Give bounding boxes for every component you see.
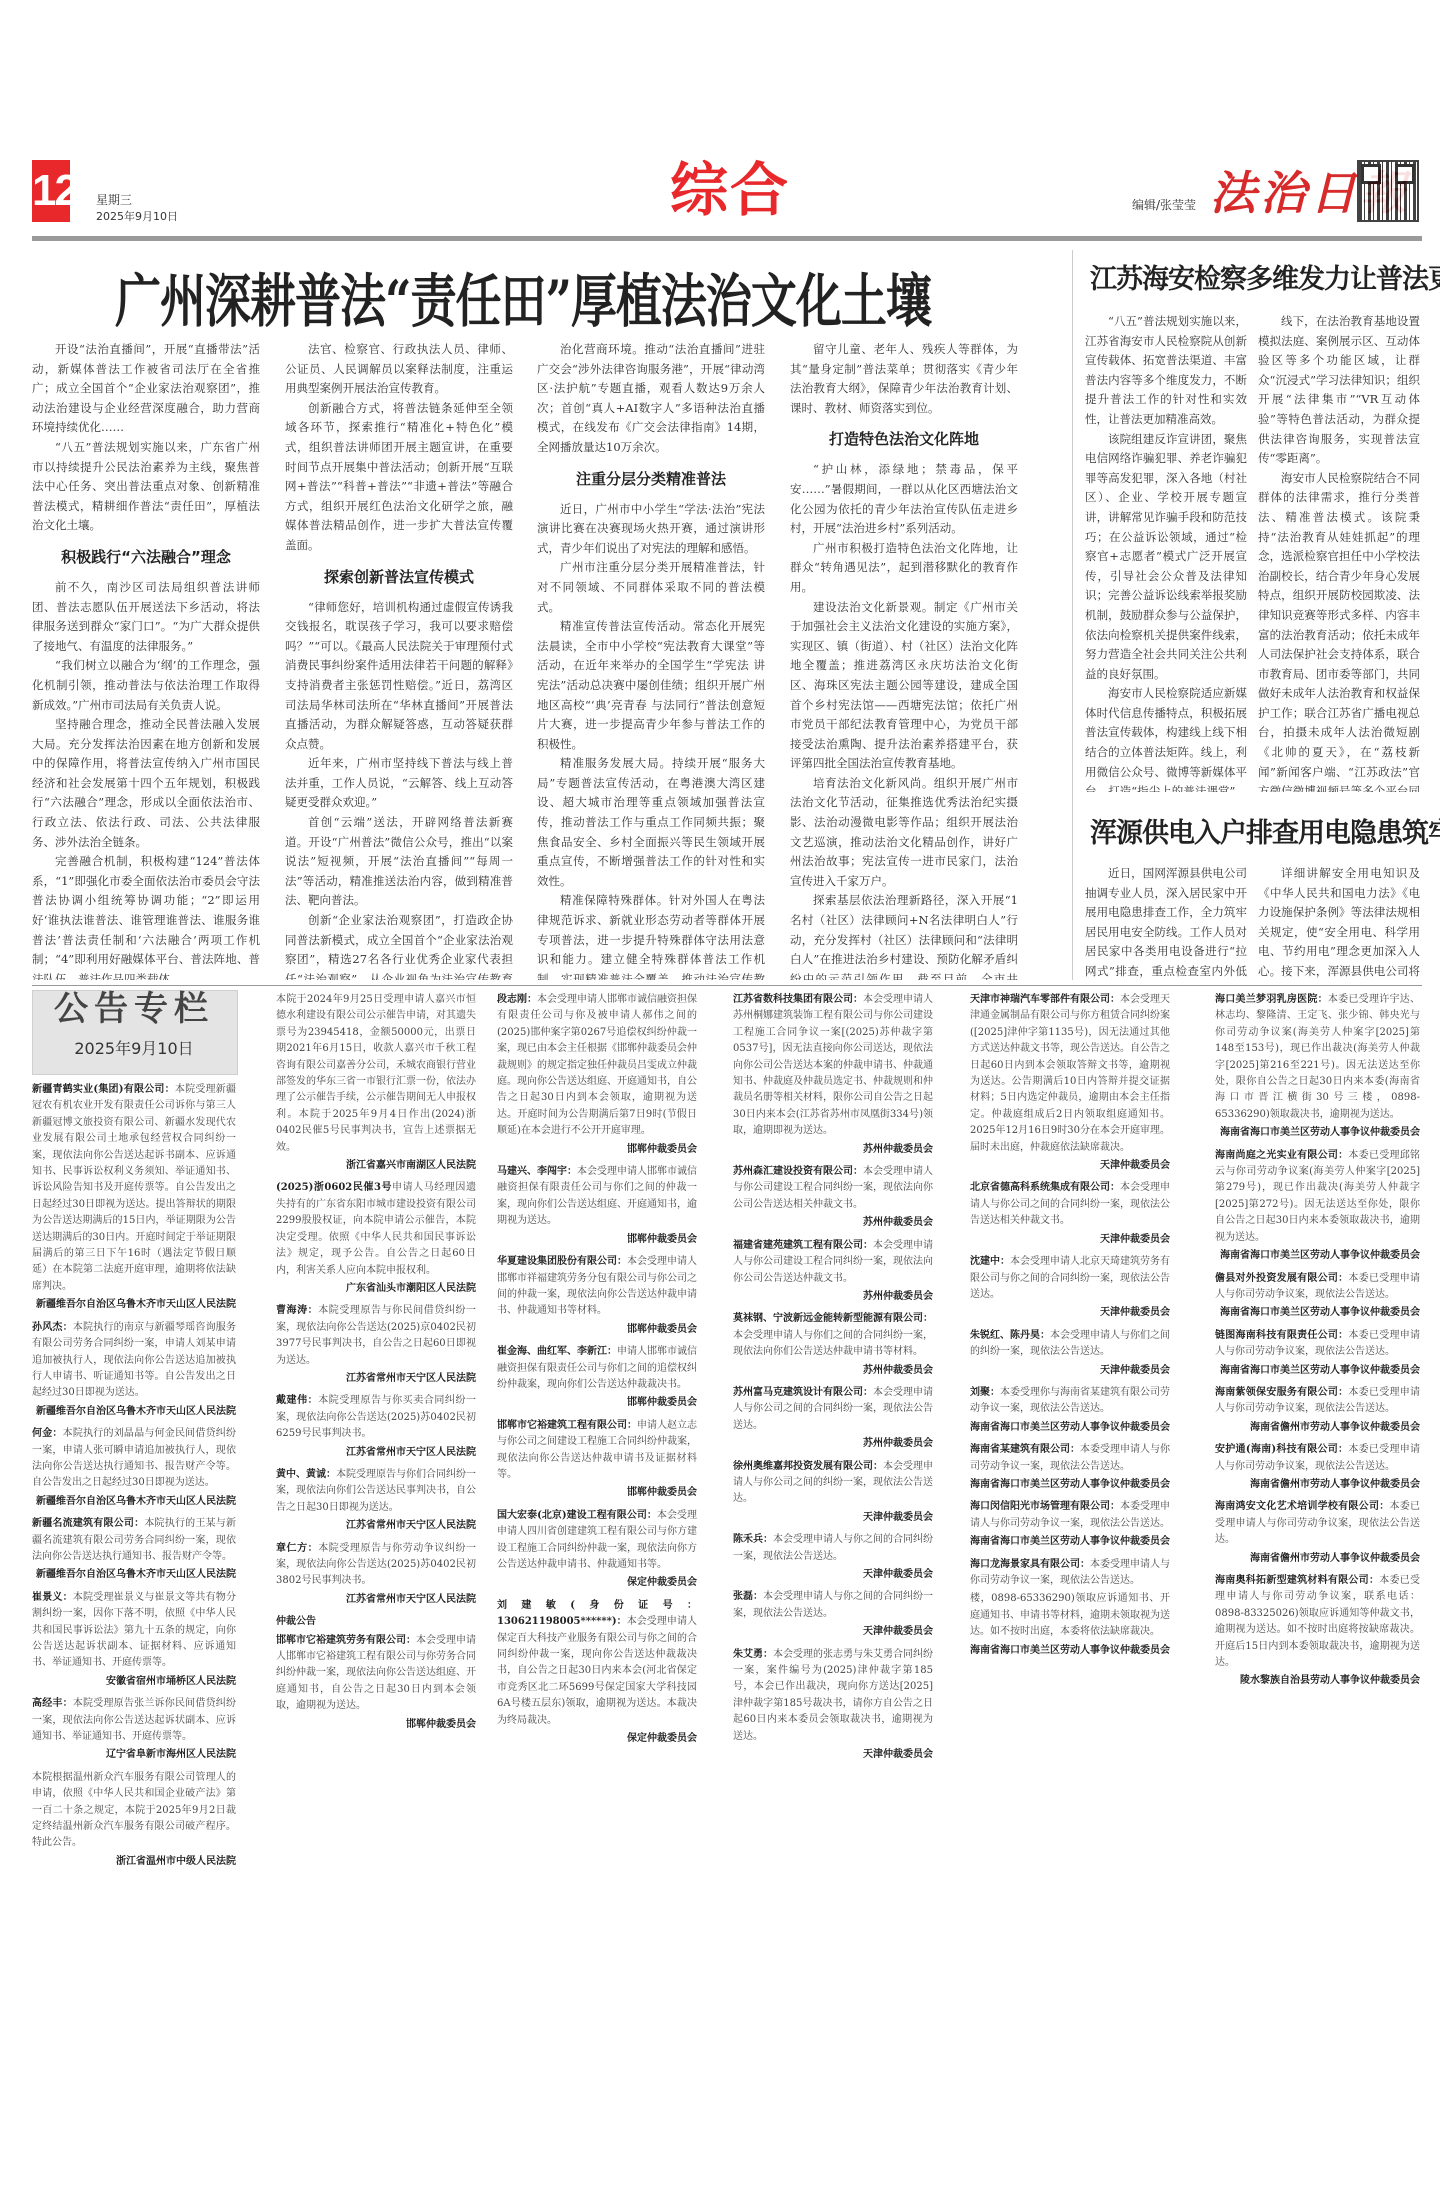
notice-item: 戴建伟：本院受理原告与你买卖合同纠纷一案，现依法向你公告送达(2025)苏040… [276, 1393, 476, 1442]
notice-party: 崔金海、曲红军、李新江： [497, 1346, 617, 1357]
notice-signer: 天津仲裁委员会 [733, 1624, 933, 1640]
notice-item: 曹海涛：本院受理原告与你民间借贷纠纷一案，现依法向你公告送达(2025)京040… [276, 1303, 476, 1369]
notice-text: 楼，0898-65336290)领取应诉通知书、开庭通知书、申请书等材料，逾期未… [970, 1593, 1170, 1637]
notice-signer: 苏州仲裁委员会 [733, 1215, 933, 1231]
paragraph: “律师您好，培训机构通过虚假宣传诱我交钱报名，耽误孩子学习，我可以要求赔偿吗？”… [285, 598, 513, 755]
subheading: 注重分层分类精准普法 [537, 464, 765, 494]
notice-column-title: 公告专栏 [32, 985, 236, 1033]
lead-column-1: 开设“法治直播间”，开展“直播带法”活动，新媒体普法工作被省司法厅在全省推广；成… [32, 340, 260, 980]
notice-party: 马建兴、李闯宇： [497, 1166, 577, 1177]
paragraph: 建设法治文化新景观。制定《广州市关于加强社会主义法治文化建设的实施方案》，实现区… [790, 598, 1018, 774]
notice-text: 本会受理申请人邯郸市它裕建筑工程有限公司与你劳务合同纠纷仲裁一案，现依法向你公告… [276, 1635, 476, 1712]
notice-item: 刘聚：本委受理你与海南省某建筑有限公司劳动争议一案，现依法公告送达。 [970, 1385, 1170, 1418]
notice-item: 海南省某建筑有限公司：本委受理申请人与你司劳动争议一案，现依法公告送达。 [970, 1442, 1170, 1475]
qr-code-icon[interactable] [1357, 160, 1419, 222]
notice-item: 邯郸市它裕建筑工程有限公司：申请人赵立志与你公司之间建设工程施工合同纠纷仲裁案，… [497, 1418, 697, 1484]
notice-party: 孙风杰： [32, 1322, 73, 1333]
notice-item: 海南鸿安文化艺术培训学校有限公司：本委已受理申请人与你司劳动争议案，现依法公告送… [1215, 1499, 1420, 1548]
notice-party: 海口龙海景家具有限公司： [970, 1559, 1090, 1570]
notice-party: 海南奥科拓新型建筑材料有限公司： [1215, 1575, 1379, 1586]
notice-party: 海南省某建筑有限公司： [970, 1444, 1080, 1455]
notice-text: 本会受理申请人苏州桐娜建筑装饰工程有限公司与你公司建设工程施工合同争议一案[(2… [733, 994, 933, 1136]
paragraph: 留守儿童、老年人、残疾人等群体，为其“量身定制”普法菜单；贯彻落实《青少年法治教… [790, 340, 1018, 418]
lead-headline: 广州深耕普法“责任田”厚植法治文化土壤 [115, 262, 931, 340]
notice-item: 海口龙海景家具有限公司：本委受理申请人与你司劳动争议一案，现依法公告送达。 [970, 1557, 1170, 1590]
notice-signer: 海南省海口市美兰区劳动人事争议仲裁委员会 [970, 1477, 1170, 1493]
notice-party: 福建省建苑建筑工程有限公司： [733, 1240, 873, 1251]
paragraph: 首创“云端”送法，开辟网络普法新赛道。开设“广州普法”微信公众号，推出“以案说法… [285, 813, 513, 911]
notice-item: 莫袜钢、宁波新远金能转新型能源有限公司：本会受理申请人与你们之间的合同纠纷一案，… [733, 1311, 933, 1360]
notice-text: 本委已受理邱铭云与你司劳动争议案(海美劳人仲案字[2025]第279号)，现已作… [1215, 1150, 1420, 1243]
notice-item: 江苏省数科技集团有限公司：本会受理申请人苏州桐娜建筑装饰工程有限公司与你公司建设… [733, 992, 933, 1140]
notice-signer: 邯郸仲裁委员会 [497, 1485, 697, 1501]
issue-date: 2025年9月10日 [96, 210, 178, 224]
paragraph: 开设“法治直播间”，开展“直播带法”活动，新媒体普法工作被省司法厅在全省推广；成… [32, 340, 260, 438]
notice-text: 本委受理你与海南省某建筑有限公司劳动争议一案，现依法公告送达。 [970, 1387, 1170, 1414]
side2-column-2: 详细讲解安全用电知识及《中华人民共和国电力法》《电力设施保护条例》等法律法规相关… [1258, 864, 1420, 984]
notice-signer: 江苏省常州市天宁区人民法院 [276, 1592, 476, 1608]
paragraph: 治化营商环境。推动“法治直播间”进驻广交会“涉外法律咨询服务港”，开展“律动湾区… [537, 340, 765, 458]
notice-item: (2025)浙0602民催3号申请人马经理因遗失持有的广东省东阳市城市建设投资有… [276, 1180, 476, 1278]
notice-signer: 海南省海口市美兰区劳动人事争议仲裁委员会 [970, 1534, 1170, 1550]
paragraph: 培育法治文化新风尚。组织开展广州市法治文化节活动，征集推选优秀法治纪实摄影、法治… [790, 774, 1018, 892]
notice-signer: 海南省儋州市劳动人事争议仲裁委员会 [1215, 1477, 1420, 1493]
notice-party: 华夏建设集团股份有限公司： [497, 1256, 627, 1267]
notice-item: 邯郸市它裕建筑劳务有限公司：本会受理申请人邯郸市它裕建筑工程有限公司与你劳务合同… [276, 1633, 476, 1715]
notice-party: 儋县对外投资发展有限公司： [1215, 1273, 1348, 1284]
notice-party: 高经丰： [32, 1698, 73, 1709]
section-title: 综合 [670, 158, 790, 222]
notice-signer: 江苏省常州市天宁区人民法院 [276, 1518, 476, 1534]
notice-party: 邯郸市它裕建筑劳务有限公司： [276, 1635, 416, 1646]
side1-column-1: “八五”普法规划实施以来，江苏省海安市人民检察院从创新宣传载体、拓宽普法渠道、丰… [1085, 312, 1247, 792]
notice-item: 马建兴、李闯宇：本会受理申请人邯郸市诚信融资担保有限责任公司与你们之间的仲裁一案… [497, 1164, 697, 1230]
column-divider [1072, 250, 1073, 980]
notice-text: 本院受理崔景义与崔景文等共有物分割纠纷一案，因你下落不明，依照《中华人民共和国民… [32, 1592, 236, 1669]
notice-party: 陈禾兵： [733, 1534, 773, 1545]
notice-signer: 新疆维吾尔自治区乌鲁木齐市天山区人民法院 [32, 1494, 236, 1510]
paragraph: “八五”普法规划实施以来，广东省广州市以持续提升公民法治素养为主线，聚焦普法中心… [32, 438, 260, 536]
notice-signer: 邯郸仲裁委员会 [497, 1395, 697, 1411]
notice-party: 崔景义： [32, 1592, 73, 1603]
paragraph: 创新“企业家法治观察团”，打造政企协同普法新模式，成立全国首个“企业家法治观察团… [285, 911, 513, 980]
notice-item: 链图海南科技有限责任公司：本委已受理申请人与你司劳动争议案，现依法公告送达。 [1215, 1328, 1420, 1361]
notice-party: 仲裁公告 [276, 1616, 316, 1627]
notice-signer: 天津仲裁委员会 [733, 1747, 933, 1763]
notice-item: 高经丰：本院受理原告张兰诉你民间借贷纠纷一案，现依法向你公告送达起诉状副本、应诉… [32, 1696, 236, 1745]
side1-column-2: 线下，在法治教育基地设置模拟法庭、案例展示区、互动体验区等多个功能区域，让群众“… [1258, 312, 1420, 792]
notice-text: 本院执行的南京与新疆琴瑶咨询服务有限公司劳务合同纠纷一案，申请人刘某申请追加被执… [32, 1322, 236, 1399]
notice-signer: 海南省海口市美兰区劳动人事争议仲裁委员会 [1215, 1363, 1420, 1379]
notice-item: 海南尚庭之光实业有限公司：本委已受理邱铭云与你司劳动争议案(海美劳人仲案字[20… [1215, 1148, 1420, 1246]
notice-item: 沈建中：本会受理申请人北京天琦建筑劳务有限公司与你之间的合同纠纷一案，现依法公告… [970, 1254, 1170, 1303]
paragraph: “八五”普法规划实施以来，江苏省海安市人民检察院从创新宣传载体、拓宽普法渠道、丰… [1085, 312, 1247, 430]
notice-party: 安护通(海南)科技有限公司： [1215, 1444, 1348, 1455]
notice-party: 苏州森汇建设投资有限公司： [733, 1166, 863, 1177]
subheading: 积极践行“六法融合”理念 [32, 542, 260, 572]
paragraph: 精准服务发展大局。持续开展“服务大局”专题普法宣传活动，在粤港澳大湾区建设、超大… [537, 754, 765, 891]
subheading: 探索创新普法宣传模式 [285, 562, 513, 592]
subheading: 打造特色法治文化阵地 [790, 424, 1018, 454]
notice-item: 段志刚：本会受理申请人邯郸市诚信融资担保有限责任公司与你及被申请人郝伟之间的(2… [497, 992, 697, 1140]
notice-text: 本院根据温州新众汽车服务有限公司管理人的申请，依照《中华人民共和国企业破产法》第… [32, 1772, 236, 1849]
paragraph: 完善融合机制，积极构建“124”普法体系，“1”即强化市委全面依法治市委员会守法… [32, 852, 260, 980]
notice-signer: 陵水黎族自治县劳动人事争议仲裁委员会 [1215, 1673, 1420, 1689]
paragraph: 前不久，南沙区司法局组织普法讲师团、普法志愿队伍开展送法下乡活动，将法律服务送到… [32, 578, 260, 656]
notice-signer: 苏州仲裁委员会 [733, 1289, 933, 1305]
notice-text: 本会受理申请人与你们之间的合同纠纷一案，现依法向你们公告送达仲裁申请书等材料。 [733, 1330, 933, 1357]
paragraph: 近年来，广州市坚持线下普法与线上普法并重，工作人员说，“云解答、线上互动答疑更受… [285, 754, 513, 813]
notice-item: 天津市神瑞汽车零部件有限公司：本会受理天津通金属制品有限公司与你方租赁合同纠纷案… [970, 992, 1170, 1156]
notice-signer: 浙江省温州市中级人民法院 [32, 1854, 236, 1870]
notice-signer: 海南省儋州市劳动人事争议仲裁委员会 [1215, 1420, 1420, 1436]
notice-signer: 天津仲裁委员会 [970, 1158, 1170, 1174]
notice-party: 张磊： [733, 1591, 763, 1602]
paragraph: 广州市积极打造特色法治文化阵地，让群众“转角遇见法”，起到潜移默化的教育作用。 [790, 539, 1018, 598]
notice-party: 徐州奥维嘉邦投资发展有限公司： [733, 1461, 883, 1472]
notice-item: 孙风杰：本院执行的南京与新疆琴瑶咨询服务有限公司劳务合同纠纷一案，申请人刘某申请… [32, 1320, 236, 1402]
notice-party: (2025)浙0602民催3号 [276, 1182, 392, 1193]
notice-signer: 海南省儋州市劳动人事争议仲裁委员会 [1215, 1551, 1420, 1567]
paragraph: 创新融合方式，将普法链条延伸至全领域各环节，探索推行“精准化+特色化”模式，组织… [285, 399, 513, 556]
notice-signer: 天津仲裁委员会 [970, 1363, 1170, 1379]
paragraph: 广州市注重分层分类开展精准普法，针对不同领域、不同群体采取不同的普法模式。 [537, 558, 765, 617]
notice-signer: 邯郸仲裁委员会 [497, 1322, 697, 1338]
notice-item: 黄中、黄诚：本院受理原告与你们合同纠纷一案，现依法向你们公告送达民事判决书，自公… [276, 1467, 476, 1516]
weekday: 星期三 [96, 193, 132, 207]
paragraph: 法官、检察官、行政执法人员、律师、公证员、人民调解员以案释法制度，注重运用典型案… [285, 340, 513, 399]
paragraph: 详细讲解安全用电知识及《中华人民共和国电力法》《电力设施保护条例》等法律法规相关… [1258, 864, 1420, 984]
notice-column-3: 段志刚：本会受理申请人邯郸市诚信融资担保有限责任公司与你及被申请人郝伟之间的(2… [497, 992, 697, 2092]
notice-text: 申请人马经理因遗失持有的广东省东阳市城市建设投资有限公司2299股股权证，向本院… [276, 1182, 476, 1275]
notice-party: 海南紫领保安服务有限公司： [1215, 1387, 1348, 1398]
lead-column-4: 留守儿童、老年人、残疾人等群体，为其“量身定制”普法菜单；贯彻落实《青少年法治教… [790, 340, 1018, 980]
notice-text: 本院受理新疆冠农有机农业开发有限责任公司诉你与第三人新疆冠博文旅投资有限公司、新… [32, 1084, 236, 1292]
notice-item: 国大宏泰(北京)建设工程有限公司：本会受理申请人四川省创建建筑工程有限公司与你方… [497, 1508, 697, 1574]
notice-party: 章仁方： [276, 1543, 318, 1554]
notice-party: 莫袜钢、宁波新远金能转新型能源有限公司： [733, 1313, 933, 1324]
notice-text: 本委已受理申请人与你司劳动争议案，联系电话：0898-83325026)领取应诉… [1215, 1575, 1420, 1668]
notice-signer: 苏州仲裁委员会 [733, 1436, 933, 1452]
notice-party: 国大宏泰(北京)建设工程有限公司： [497, 1510, 657, 1521]
notice-party: 新疆青鹤实业(集团)有限公司： [32, 1084, 175, 1095]
notice-item: 苏州富马克建筑设计有限公司：本会受理申请人与你公司之间的合同纠纷一案，现依法公告… [733, 1385, 933, 1434]
notice-signer: 海南省海口市美兰区劳动人事争议仲裁委员会 [970, 1420, 1170, 1436]
notice-text: 本会受理的张志勇与朱艾勇合同纠纷一案，案件编号为(2025)津仲裁字第185号，… [733, 1649, 933, 1742]
paragraph: 坚持融合理念，推动全民普法融入发展大局。充分发挥法治因素在地方创新和发展中的保障… [32, 715, 260, 852]
paragraph: “我们树立以融合为‘纲’的工作理念，强化机制引领，推动普法与依法治理工作取得新成… [32, 656, 260, 715]
notice-item: 儋县对外投资发展有限公司：本委已受理申请人与你司劳动争议案，现依法公告送达。 [1215, 1271, 1420, 1304]
notice-party: 黄中、黄诚： [276, 1469, 336, 1480]
lead-column-3: 治化营商环境。推动“法治直播间”进驻广交会“涉外法律咨询服务港”，开展“律动湾区… [537, 340, 765, 980]
notice-column-date: 2025年9月10日 [32, 1036, 236, 1062]
notice-item: 新疆青鹤实业(集团)有限公司：本院受理新疆冠农有机农业开发有限责任公司诉你与第三… [32, 1082, 236, 1295]
notice-item: 朱锐红、陈丹昊：本会受理申请人与你们之间的纠纷一案，现依法公告送达。 [970, 1328, 1170, 1361]
notice-item: 海口美兰梦羽乳房医院：本委已受理许宇达、林志均、黎隆清、王定飞、张少锦、韩央光与… [1215, 992, 1420, 1123]
notice-signer: 江苏省常州市天宁区人民法院 [276, 1445, 476, 1461]
notice-signer: 保定仲裁委员会 [497, 1575, 697, 1591]
paragraph: 探索基层依法治理新路径，深入开展“1名村（社区）法律顾问+N名法律明白人”行动，… [790, 891, 1018, 980]
notice-item: 北京省德高科系统集成有限公司：本会受理申请人与你公司之间的合同纠纷一案，现依法公… [970, 1180, 1170, 1229]
notice-party: 沈建中： [970, 1256, 1010, 1267]
notice-item: 仲裁公告 [276, 1614, 476, 1630]
notice-item: 徐州奥维嘉邦投资发展有限公司：本会受理申请人与你公司之间的纠纷一案，现依法公告送… [733, 1459, 933, 1508]
notice-item: 福建省建苑建筑工程有限公司：本会受理申请人与你公司建设工程合同纠纷一案，现依法向… [733, 1238, 933, 1287]
notice-party: 朱锐红、陈丹昊： [970, 1330, 1050, 1341]
notice-party: 曹海涛： [276, 1305, 318, 1316]
notice-signer: 邯郸仲裁委员会 [276, 1717, 476, 1733]
notice-signer: 海南省海口市美兰区劳动人事争议仲裁委员会 [1215, 1125, 1420, 1141]
paragraph: 精准宣传普法宣传活动。常态化开展宪法晨读，全市中小学校“宪法教育大课堂”等活动，… [537, 617, 765, 754]
notice-party: 天津市神瑞汽车零部件有限公司： [970, 994, 1120, 1005]
notice-item: 本院根据温州新众汽车服务有限公司管理人的申请，依照《中华人民共和国企业破产法》第… [32, 1770, 236, 1852]
notice-signer: 新疆维吾尔自治区乌鲁木齐市天山区人民法院 [32, 1404, 236, 1420]
side-headline-1: 江苏海安检察多维发力让普法更加精准高效 [1090, 258, 1440, 302]
notice-item: 崔景义：本院受理崔景义与崔景文等共有物分割纠纷一案，因你下落不明，依照《中华人民… [32, 1590, 236, 1672]
notice-party: 海南鸿安文化艺术培训学校有限公司： [1215, 1501, 1389, 1512]
notice-party: 海口美兰梦羽乳房医院： [1215, 994, 1328, 1005]
notice-text: 本会受理申请人与你之间的合同纠纷一案，现依法公告送达。 [733, 1591, 933, 1618]
notice-party: 段志刚： [497, 994, 537, 1005]
notice-signer: 安徽省宿州市埇桥区人民法院 [32, 1674, 236, 1690]
notice-item: 楼，0898-65336290)领取应诉通知书、开庭通知书、申请书等材料，逾期未… [970, 1591, 1170, 1640]
notice-party: 邯郸市它裕建筑工程有限公司： [497, 1420, 637, 1431]
notice-item: 本院于2024年9月25日受理申请人嘉兴市恒德水利建设有限公司公示催告申请，对其… [276, 992, 476, 1156]
section-divider [32, 985, 1422, 986]
notice-party: 海南尚庭之光实业有限公司： [1215, 1150, 1348, 1161]
notice-item: 华夏建设集团股份有限公司：本会受理申请人邯郸市祥福建筑劳务分包有限公司与你公司之… [497, 1254, 697, 1320]
notice-signer: 天津仲裁委员会 [970, 1305, 1170, 1321]
notice-signer: 海南省海口市美兰区劳动人事争议仲裁委员会 [1215, 1248, 1420, 1264]
notice-item: 苏州森汇建设投资有限公司：本会受理申请人与你公司建设工程合同纠纷一案，现依法向你… [733, 1164, 933, 1213]
notice-column-1: 新疆青鹤实业(集团)有限公司：本院受理新疆冠农有机农业开发有限责任公司诉你与第三… [32, 1082, 236, 2092]
notice-signer: 苏州仲裁委员会 [733, 1142, 933, 1158]
side-headline-2: 浑源供电入户排查用电隐患筑牢安全防线 [1090, 812, 1440, 856]
notice-signer: 辽宁省阜新市海州区人民法院 [32, 1747, 236, 1763]
notice-text: 本委已受理许宇达、林志均、黎隆清、王定飞、张少锦、韩央光与你司劳动争议案(海美劳… [1215, 994, 1420, 1120]
notice-party: 新疆名流建筑有限公司： [32, 1518, 144, 1529]
notice-party: 江苏省数科技集团有限公司： [733, 994, 863, 1005]
notice-party: 戴建伟： [276, 1395, 318, 1406]
notice-item: 海口闵信阳光市场管理有限公司：本委受理申请人与你司劳动争议一案，现依法公告送达。 [970, 1499, 1170, 1532]
notice-signer: 新疆维吾尔自治区乌鲁木齐市天山区人民法院 [32, 1567, 236, 1583]
notice-party: 海口闵信阳光市场管理有限公司： [970, 1501, 1120, 1512]
masthead-divider [32, 236, 1422, 241]
notice-signer: 浙江省嘉兴市南湖区人民法院 [276, 1158, 476, 1174]
notice-item: 崔金海、曲红军、李新江：申请人邯郸市诚信融资担保有限责任公司与你们之间的追偿权纠… [497, 1344, 697, 1393]
notice-party: 苏州富马克建筑设计有限公司： [733, 1387, 873, 1398]
notice-text: 本会受理申请人邯郸市诚信融资担保有限责任公司与你及被申请人郝伟之间的(2025)… [497, 994, 697, 1136]
paragraph: 海安市人民检察院适应新媒体时代信息传播特点，积极拓展普法宣传载体，构建线上线下相… [1085, 684, 1247, 792]
notice-item: 安护通(海南)科技有限公司：本委已受理申请人与你司劳动争议案，现依法公告送达。 [1215, 1442, 1420, 1475]
notice-signer: 苏州仲裁委员会 [733, 1363, 933, 1379]
notice-item: 何金：本院执行的刘晶晶与何金民间借贷纠纷一案，申请人张可瞬申请追加被执行人，现依… [32, 1426, 236, 1492]
notice-party: 链图海南科技有限责任公司： [1215, 1330, 1348, 1341]
notice-signer: 天津仲裁委员会 [733, 1567, 933, 1583]
notice-item: 章仁方：本院受理原告与你劳动争议纠纷一案，现依法向你公告送达(2025)苏040… [276, 1541, 476, 1590]
notice-text: 本院执行的刘晶晶与何金民间借贷纠纷一案，申请人张可瞬申请追加被执行人，现依法向你… [32, 1428, 236, 1488]
notice-party: 朱艾勇： [733, 1649, 773, 1660]
notice-column-5: 天津市神瑞汽车零部件有限公司：本会受理天津通金属制品有限公司与你方租赁合同纠纷案… [970, 992, 1170, 2092]
notice-signer: 海南省海口市美兰区劳动人事争议仲裁委员会 [970, 1643, 1170, 1659]
notice-item: 朱艾勇：本会受理的张志勇与朱艾勇合同纠纷一案，案件编号为(2025)津仲裁字第1… [733, 1647, 933, 1745]
paragraph: 近日，广州市中小学生“学法·法治”宪法演讲比赛在决赛现场火热开赛，通过演讲形式，… [537, 500, 765, 559]
notice-item: 新疆名流建筑有限公司：本院执行的王某与新疆名流建筑有限公司劳务合同纠纷一案，现依… [32, 1516, 236, 1565]
notice-item: 张磊：本会受理申请人与你之间的合同纠纷一案，现依法公告送达。 [733, 1589, 933, 1622]
notice-item: 陈禾兵：本会受理申请人与你之间的合同纠纷一案，现依法公告送达。 [733, 1532, 933, 1565]
notice-text: 本院于2024年9月25日受理申请人嘉兴市恒德水利建设有限公司公示催告申请，对其… [276, 994, 476, 1153]
notice-signer: 海南省海口市美兰区劳动人事争议仲裁委员会 [1215, 1305, 1420, 1321]
notice-text: 本会受理申请人保定百大科技产业服务有限公司与你之间的合同纠纷仲裁一案，现向你公告… [497, 1616, 697, 1725]
paragraph: 该院组建反诈宣讲团，聚焦电信网络诈骗犯罪、养老诈骗犯罪等高发犯罪，深入各地（村社… [1085, 430, 1247, 685]
notice-signer: 江苏省常州市天宁区人民法院 [276, 1371, 476, 1387]
notice-signer: 保定仲裁委员会 [497, 1731, 697, 1747]
notice-signer: 天津仲裁委员会 [733, 1510, 933, 1526]
notice-column-6: 海口美兰梦羽乳房医院：本委已受理许宇达、林志均、黎隆清、王定飞、张少锦、韩央光与… [1215, 992, 1420, 2092]
notice-column-4: 江苏省数科技集团有限公司：本会受理申请人苏州桐娜建筑装饰工程有限公司与你公司建设… [733, 992, 933, 2092]
notice-party: 北京省德高科系统集成有限公司： [970, 1182, 1120, 1193]
notice-item: 海南紫领保安服务有限公司：本委已受理申请人与你司劳动争议案，现依法公告送达。 [1215, 1385, 1420, 1418]
paragraph: 线下，在法治教育基地设置模拟法庭、案例展示区、互动体验区等多个功能区域，让群众“… [1258, 312, 1420, 469]
notice-item: 刘建敏(身份证号：130621198005******)：本会受理申请人保定百大… [497, 1598, 697, 1729]
paragraph: 近日，国网浑源县供电公司抽调专业人员，深入居民家中开展用电隐患排查工作，全力筑牢… [1085, 864, 1247, 984]
notice-signer: 邯郸仲裁委员会 [497, 1232, 697, 1248]
notice-signer: 新疆维吾尔自治区乌鲁木齐市天山区人民法院 [32, 1297, 236, 1313]
editor-credit: 编辑/张莹莹 [1132, 198, 1196, 212]
notice-column-2: 本院于2024年9月25日受理申请人嘉兴市恒德水利建设有限公司公示催告申请，对其… [276, 992, 476, 2092]
notice-party: 刘聚： [970, 1387, 1000, 1398]
notice-text: 本会受理天津通金属制品有限公司与你方租赁合同纠纷案([2025]津仲字第1135… [970, 994, 1170, 1153]
side2-column-1: 近日，国网浑源县供电公司抽调专业人员，深入居民家中开展用电隐患排查工作，全力筑牢… [1085, 864, 1247, 984]
notice-party: 何金： [32, 1428, 63, 1439]
notice-signer: 广东省汕头市潮阳区人民法院 [276, 1281, 476, 1297]
notice-signer: 邯郸仲裁委员会 [497, 1142, 697, 1158]
notice-signer: 天津仲裁委员会 [970, 1232, 1170, 1248]
paragraph: 海安市人民检察院结合不同群体的法律需求，推行分类普法、精准普法模式。该院秉持“法… [1258, 469, 1420, 792]
paragraph: 精准保障特殊群体。针对外国人在粤法律规范诉求、新就业形态劳动者等群体开展专项普法… [537, 891, 765, 980]
notice-item: 海南奥科拓新型建筑材料有限公司：本委已受理申请人与你司劳动争议案，联系电话：08… [1215, 1573, 1420, 1671]
lead-column-2: 法官、检察官、行政执法人员、律师、公证员、人民调解员以案释法制度，注重运用典型案… [285, 340, 513, 980]
page-number: 12 [32, 160, 70, 222]
paragraph: “护山林，添绿地；禁毒品，保平安……”暑假期间，一群以从化区西塘法治文化公园为依… [790, 460, 1018, 538]
